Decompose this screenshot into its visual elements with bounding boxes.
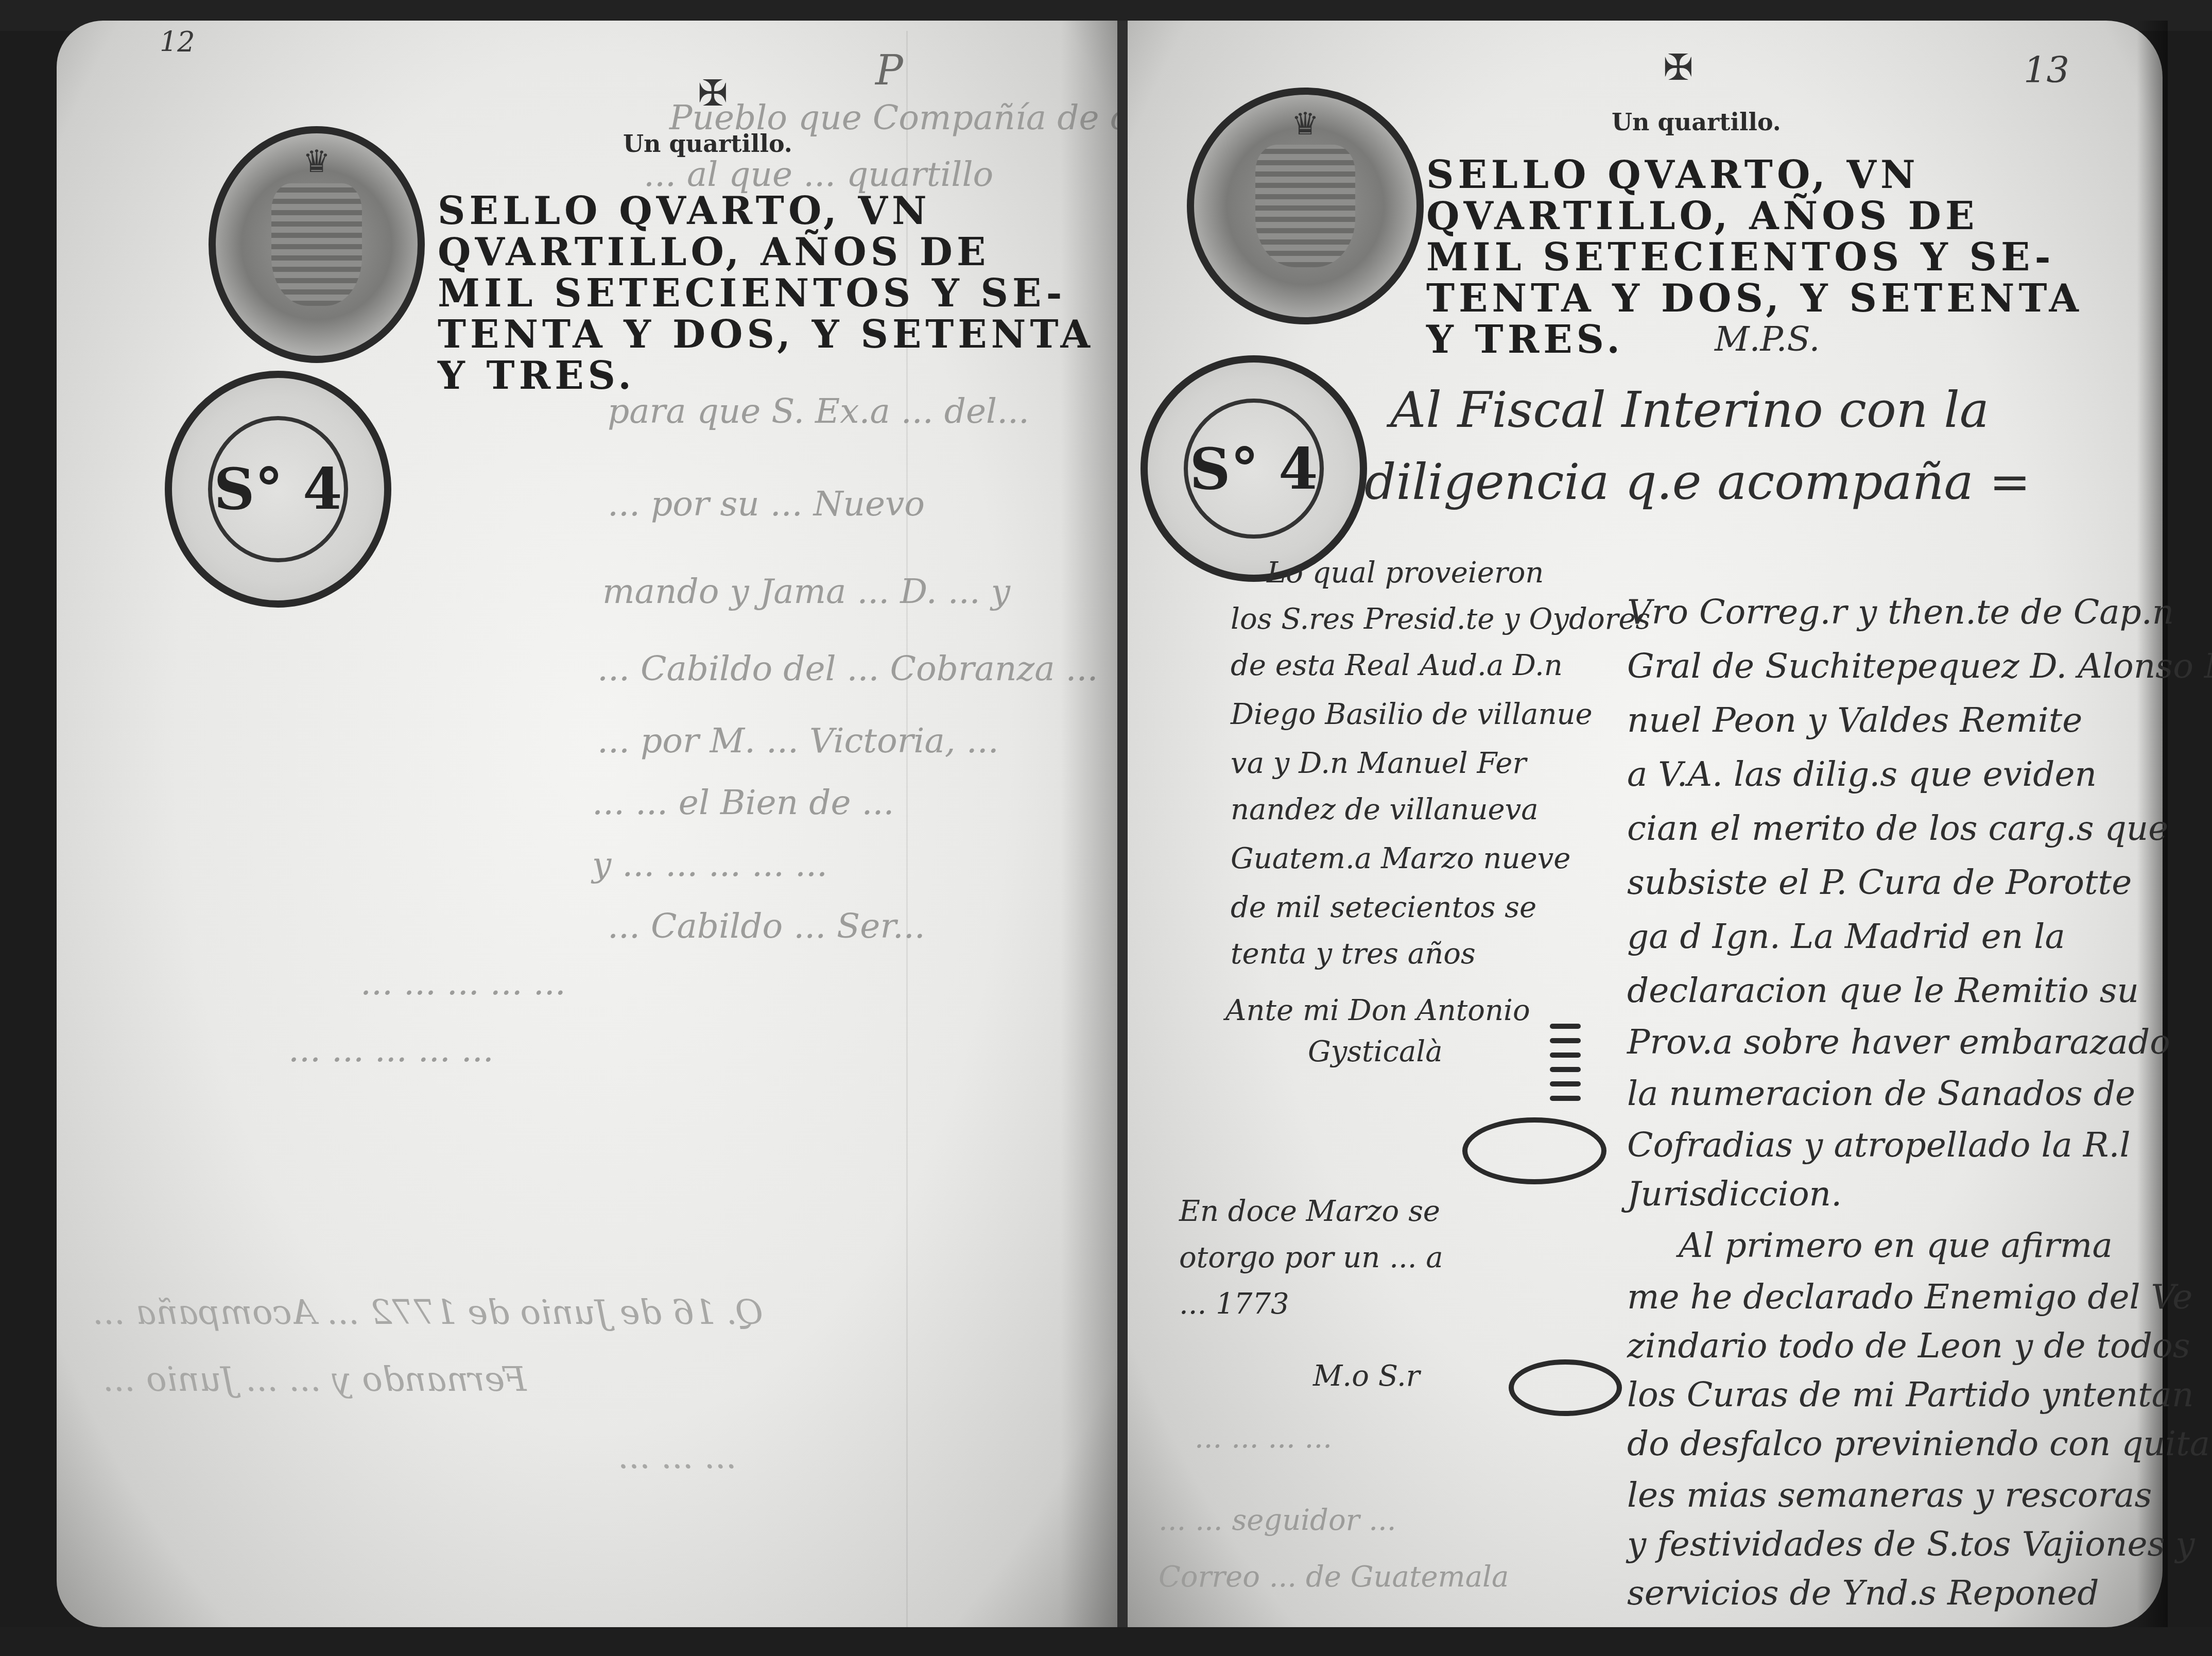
signature-rubric-icon bbox=[1462, 1117, 1606, 1184]
rubric-flourish-icon bbox=[1550, 1014, 1581, 1110]
right-page-number: 13 bbox=[2024, 49, 2069, 91]
film-edge-bottom bbox=[0, 1627, 2212, 1656]
left-stamp-text: SELLO QVARTO, VNQVARTILLO, AÑOS DEMIL SE… bbox=[438, 191, 1094, 396]
coat-of-arms-icon bbox=[271, 183, 362, 306]
right-tax-seal: S° 4 bbox=[1140, 355, 1367, 582]
left-page-number: 12 bbox=[160, 26, 195, 58]
right-royal-seal: ♛ bbox=[1187, 88, 1424, 324]
left-tax-seal: S° 4 bbox=[165, 371, 391, 608]
crown-icon: ♛ bbox=[303, 144, 331, 180]
coat-of-arms-icon bbox=[1255, 145, 1355, 267]
salutation: M.P.S. bbox=[1715, 319, 1820, 359]
right-stamp-denomination: Un quartillo. bbox=[1612, 108, 1781, 136]
seal-center-denomination: S° 4 bbox=[208, 416, 348, 562]
left-corner-mark: P bbox=[875, 46, 903, 94]
crown-icon: ♛ bbox=[1291, 106, 1319, 142]
seal-center-denomination: S° 4 bbox=[1184, 399, 1323, 538]
left-royal-seal: ♛ bbox=[209, 126, 425, 363]
signature-rubric-icon bbox=[1509, 1359, 1622, 1416]
right-cross-mark-icon: ✠ bbox=[1663, 46, 1693, 89]
